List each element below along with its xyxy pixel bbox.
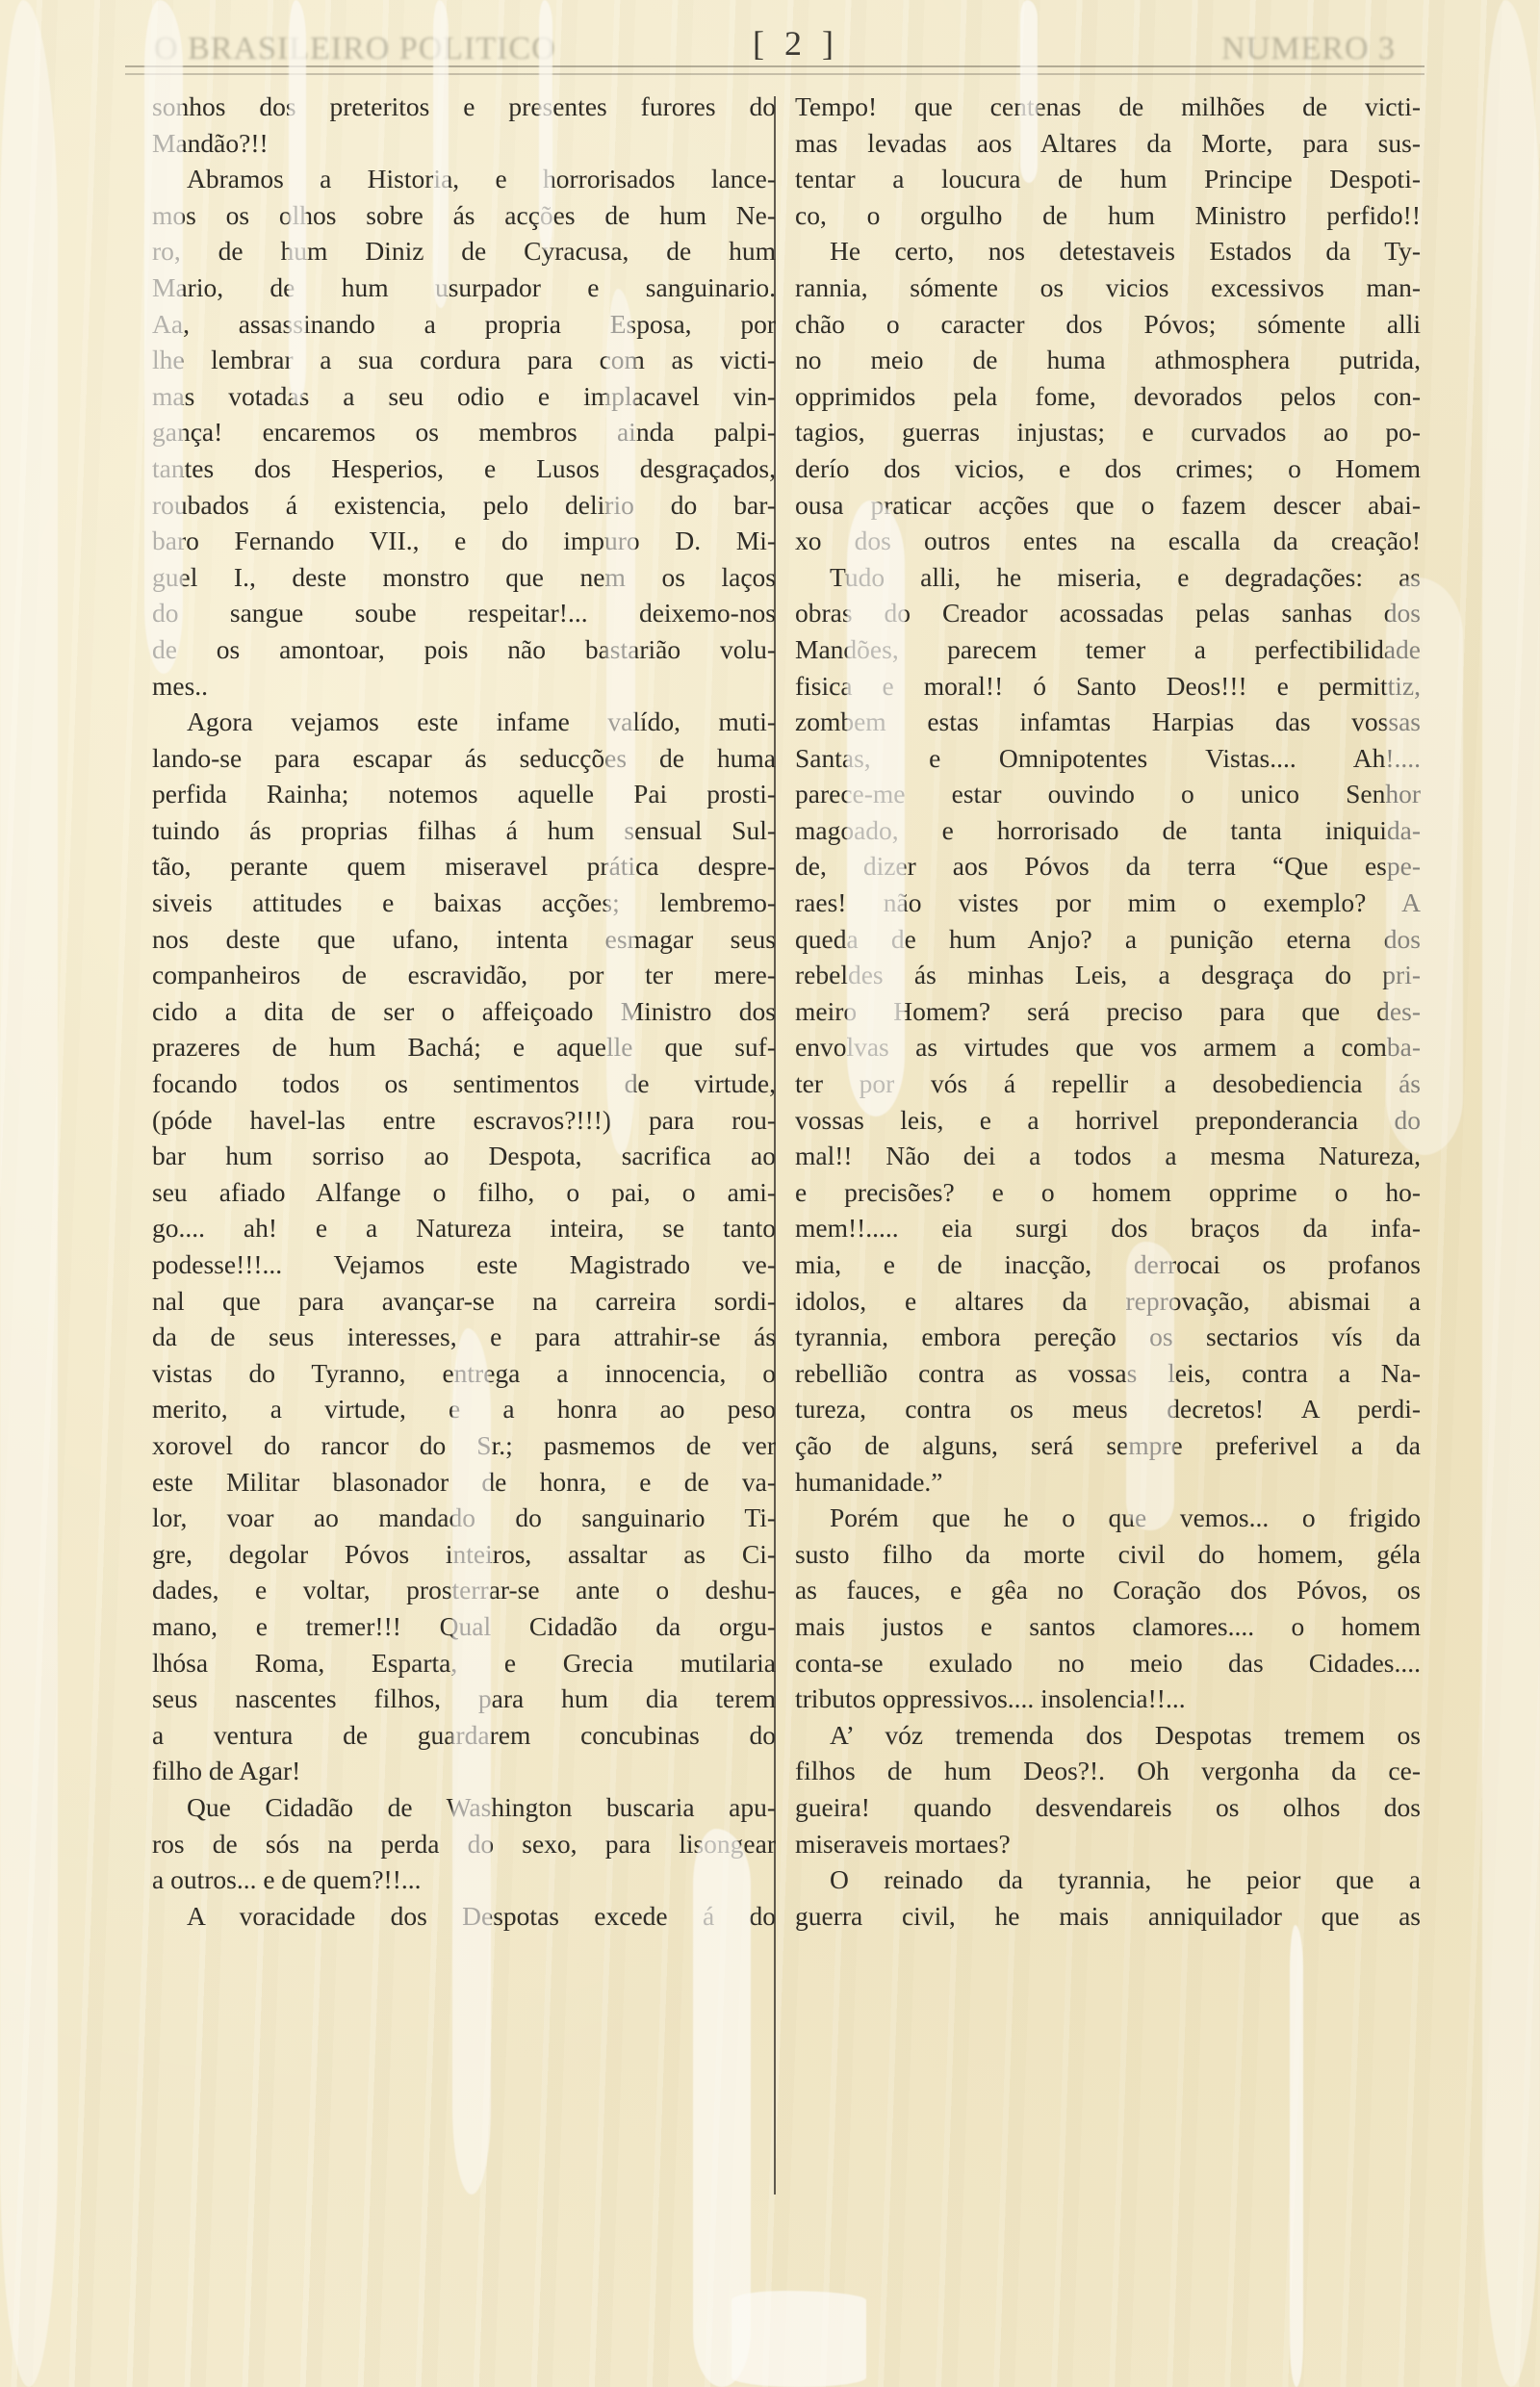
newspaper-page: O BRASILEIRO POLITICO [ 2 ] NUMERO 3 son… — [0, 0, 1540, 2387]
text-line: siveis attitudes e baixas acções; lembre… — [152, 885, 776, 921]
text-line: rannia, sómente os vicios excessivos man… — [795, 269, 1421, 306]
text-line: lhe lembrar a sua cordura para com as vi… — [152, 342, 776, 378]
text-line: perfida Rainha; notemos aquelle Pai pros… — [152, 776, 776, 812]
text-line: filhos de hum Deos?!. Oh vergonha da ce- — [795, 1753, 1421, 1789]
text-line: idolos, e altares da reprovação, abismai… — [795, 1283, 1421, 1320]
text-line: go.... ah! e a Natureza inteira, se tant… — [152, 1210, 776, 1246]
text-line: mais justos e santos clamores.... o home… — [795, 1608, 1421, 1645]
text-line: mal!! Não dei a todos a mesma Natureza, — [795, 1138, 1421, 1174]
text-line: miseraveis mortaes? — [795, 1826, 1421, 1862]
text-line: baro Fernando VII., e do impuro D. Mi- — [152, 523, 776, 559]
text-line: tagios, guerras injustas; e curvados ao … — [795, 414, 1421, 450]
text-line: guerra civil, he mais anniquilador que a… — [795, 1898, 1421, 1935]
text-line: mos os olhos sobre ás acções de hum Ne- — [152, 197, 776, 234]
text-line: Porém que he o que vemos... o frigido — [795, 1500, 1421, 1536]
text-line: lando-se para escapar ás seducções de hu… — [152, 740, 776, 777]
text-line: tantes dos Hesperios, e Lusos desgraçado… — [152, 450, 776, 487]
text-line: Mandão?!! — [152, 125, 776, 162]
text-line: prazeres de hum Bachá; e aquelle que suf… — [152, 1029, 776, 1065]
text-line: chão o caracter dos Póvos; sómente alli — [795, 306, 1421, 343]
text-line: Mario, de hum usurpador e sanguinario. — [152, 269, 776, 306]
text-line: opprimidos pela fome, devorados pelos co… — [795, 378, 1421, 415]
text-line: tyrannia, embora pereção os sectarios ví… — [795, 1319, 1421, 1355]
text-line: ção de alguns, será sempre preferivel a … — [795, 1427, 1421, 1464]
text-line: de os amontoar, pois não bastarião volu- — [152, 631, 776, 668]
header-faded-title: O BRASILEIRO POLITICO — [154, 31, 556, 67]
text-line: focando todos os sentimentos de virtude, — [152, 1065, 776, 1102]
text-line: no meio de huma athmosphera putrida, — [795, 342, 1421, 378]
text-line: mas votadas a seu odio e implacavel vin- — [152, 378, 776, 415]
text-line: conta-se exulado no meio das Cidades.... — [795, 1645, 1421, 1681]
text-line: nal que para avançar-se na carreira sord… — [152, 1283, 776, 1320]
text-line: Aa, assassinando a propria Esposa, por — [152, 306, 776, 343]
text-line: tão, perante quem miseravel prática desp… — [152, 848, 776, 885]
text-line: susto filho da morte civil do homem, gél… — [795, 1536, 1421, 1573]
text-line: seu afiado Alfange o filho, o pai, o ami… — [152, 1174, 776, 1211]
text-line: Tempo! que centenas de milhões de victi- — [795, 89, 1421, 125]
text-line: He certo, nos detestaveis Estados da Ty- — [795, 233, 1421, 269]
text-line: tureza, contra os meus decretos! A perdi… — [795, 1391, 1421, 1427]
text-line: gança! encaremos os membros ainda palpi- — [152, 414, 776, 450]
text-line: Abramos a Historia, e horrorisados lance… — [152, 161, 776, 197]
text-line: mes.. — [152, 668, 776, 705]
text-line: ro, de hum Diniz de Cyracusa, de hum — [152, 233, 776, 269]
text-line: nos deste que ufano, intenta esmagar seu… — [152, 921, 776, 958]
text-line: podesse!!!... Vejamos este Magistrado ve… — [152, 1246, 776, 1283]
header-rule — [125, 65, 1424, 75]
page-number: [ 2 ] — [753, 23, 839, 64]
text-line: mem!!..... eia surgi dos braços da infa- — [795, 1210, 1421, 1246]
text-line: tentar a loucura de hum Principe Despoti… — [795, 161, 1421, 197]
text-line: tributos oppressivos.... insolencia!!... — [795, 1681, 1421, 1717]
text-line: mia, e de inacção, derrocai os profanos — [795, 1246, 1421, 1283]
text-line: sonhos dos preteritos e presentes furore… — [152, 89, 776, 125]
text-line: as fauces, e gêa no Coração dos Póvos, o… — [795, 1572, 1421, 1608]
text-line: do sangue soube respeitar!... deixemo-no… — [152, 595, 776, 631]
text-line: A’ vóz tremenda dos Despotas tremem os — [795, 1717, 1421, 1754]
header-faded-issue: NUMERO 3 — [1221, 31, 1396, 67]
text-line: cido a dita de ser o affeiçoado Ministro… — [152, 993, 776, 1030]
text-line: Agora vejamos este infame valído, muti- — [152, 704, 776, 740]
text-line: mas levadas aos Altares da Morte, para s… — [795, 125, 1421, 162]
text-line: humanidade.” — [795, 1464, 1421, 1501]
text-line: co, o orgulho de hum Ministro perfido!! — [795, 197, 1421, 234]
text-line: O reinado da tyrannia, he peior que a — [795, 1861, 1421, 1898]
text-line: derío dos vicios, e dos crimes; o Homem — [795, 450, 1421, 487]
text-line: bar hum sorriso ao Despota, sacrifica ao — [152, 1138, 776, 1174]
text-line: roubados á existencia, pelo delirio do b… — [152, 487, 776, 524]
text-line: guel I., deste monstro que nem os laços — [152, 559, 776, 596]
text-line: (póde havel-las entre escravos?!!!) para… — [152, 1102, 776, 1139]
text-line: e precisões? e o homem opprime o ho- — [795, 1174, 1421, 1211]
text-line: gueira! quando desvendareis os olhos dos — [795, 1789, 1421, 1826]
text-line: tuindo ás proprias filhas á hum sensual … — [152, 812, 776, 849]
text-line: rebellião contra as vossas leis, contra … — [795, 1355, 1421, 1392]
text-line: companheiros de escravidão, por ter mere… — [152, 957, 776, 993]
